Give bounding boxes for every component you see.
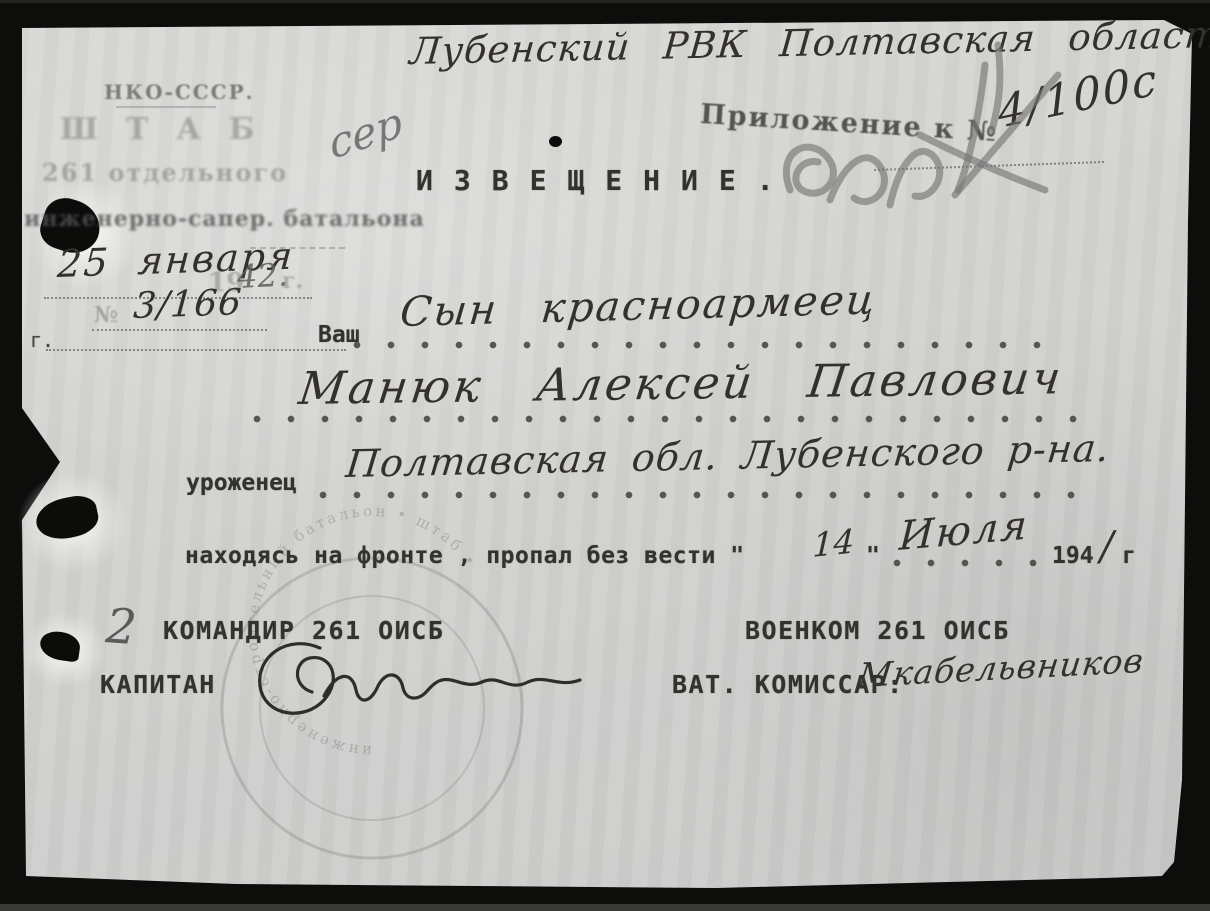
sender-stamp-line2: ШТАБ [60, 112, 282, 147]
ink-blot [549, 136, 562, 147]
pencil-scribble [770, 40, 1100, 230]
birthplace-dot-leader [318, 490, 1098, 500]
sender-stamp-line4: инженерно-сапер. батальона [24, 206, 425, 232]
number-sign: № [94, 302, 118, 328]
number-handwritten: 3/166 [132, 282, 244, 327]
date-year-suffix: г. [282, 268, 303, 294]
relation-dot-leader [352, 340, 1052, 350]
doc-title: ИЗВЕЩЕНИЕ. [416, 164, 795, 197]
left-mark-handwritten: 2 [104, 598, 138, 656]
sender-stamp-line1: НКО-СССР. [104, 80, 255, 104]
mia-quote-close: " [866, 543, 880, 569]
mia-year-letter: г [1122, 543, 1136, 569]
name-dot-leader [252, 414, 1102, 424]
mia-dot-leader [892, 558, 1052, 568]
mia-year-typed: 194 [1052, 543, 1094, 569]
commissar-unit: ВОЕНКОМ 261 ОИСБ [745, 616, 1010, 645]
birthplace-label: уроженец [186, 470, 297, 496]
mia-day-handwritten: 14 [812, 521, 855, 565]
sender-stamp-rule [116, 106, 216, 108]
name-handwritten: Манюк Алексей Павлович [296, 351, 1067, 415]
commander-rank: КАПИТАН [100, 670, 216, 699]
document-scan: инженерно-строительный батальон • штаб •… [0, 0, 1210, 911]
date-year-handwritten: 42. [236, 255, 289, 296]
sender-stamp-line3: 261 отдельного [42, 158, 288, 187]
mia-year-handwritten: / [1100, 524, 1113, 570]
city-dotted-rule [46, 346, 346, 351]
mia-prefix: находясь на фронте , пропал без вести " [185, 543, 745, 569]
number-dotted-rule [92, 326, 267, 331]
captain-signature [228, 630, 588, 730]
